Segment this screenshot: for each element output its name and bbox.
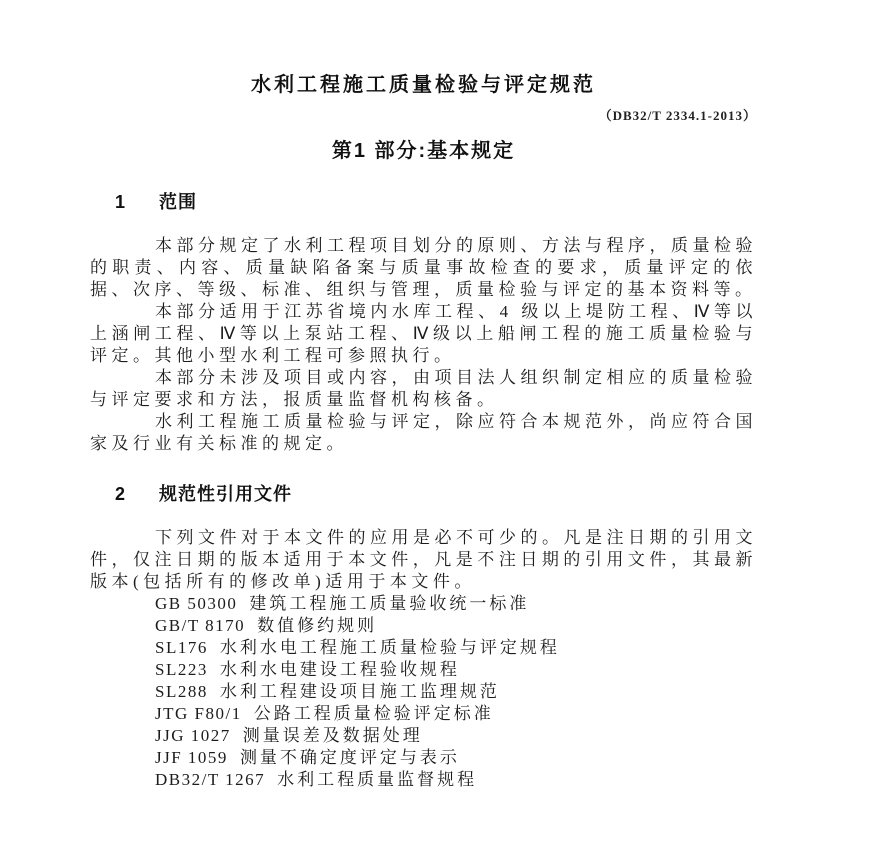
reference-item: DB32/T 1267水利工程质量监督规程 [155, 769, 757, 791]
document-title: 水利工程施工质量检验与评定规范 [90, 73, 757, 97]
scope-paragraph-3: 本部分未涉及项目或内容，由项目法人组织制定相应的质量检验与评定要求和方法，报质量… [90, 367, 757, 411]
reference-code: DB32/T 1267 [155, 769, 265, 791]
part-heading: 第1 部分:基本规定 [90, 139, 757, 163]
standard-number: （DB32/T 2334.1-2013） [90, 108, 757, 124]
reference-title: 公路工程质量检验评定标准 [254, 704, 494, 723]
reference-title: 水利工程建设项目施工监理规范 [220, 682, 500, 701]
reference-item: JTG F80/1公路工程质量检验评定标准 [155, 703, 757, 725]
reference-title: 测量不确定度评定与表示 [240, 748, 460, 767]
section-1-title: 范围 [159, 192, 197, 212]
section-scope: 1 范围 本部分规定了水利工程项目划分的原则、方法与程序，质量检验的职责、内容、… [90, 191, 757, 455]
document-page: 水利工程施工质量检验与评定规范 （DB32/T 2334.1-2013） 第1 … [0, 0, 870, 842]
section-normative-references: 2 规范性引用文件 下列文件对于本文件的应用是必不可少的。凡是注日期的引用文件，… [90, 483, 757, 791]
references-intro-paragraph: 下列文件对于本文件的应用是必不可少的。凡是注日期的引用文件，仅注日期的版本适用于… [90, 527, 757, 593]
reference-code: JJG 1027 [155, 725, 231, 747]
scope-paragraph-4: 水利工程施工质量检验与评定，除应符合本规范外，尚应符合国家及行业有关标准的规定。 [90, 411, 757, 455]
reference-code: SL223 [155, 659, 208, 681]
reference-code: SL176 [155, 637, 208, 659]
reference-item: SL176水利水电工程施工质量检验与评定规程 [155, 637, 757, 659]
reference-code: JTG F80/1 [155, 703, 242, 725]
reference-item: SL223水利水电建设工程验收规程 [155, 659, 757, 681]
reference-item: JJF 1059测量不确定度评定与表示 [155, 747, 757, 769]
reference-code: SL288 [155, 681, 208, 703]
reference-title: 水利水电建设工程验收规程 [220, 660, 460, 679]
section-2-heading: 2 规范性引用文件 [115, 483, 757, 505]
section-2-number: 2 [115, 483, 126, 505]
reference-item: GB/T 8170数值修约规则 [155, 615, 757, 637]
section-1-heading: 1 范围 [115, 191, 757, 213]
reference-title: 建筑工程施工质量验收统一标准 [249, 594, 529, 613]
reference-code: JJF 1059 [155, 747, 228, 769]
reference-title: 数值修约规则 [257, 616, 377, 635]
reference-title: 水利工程质量监督规程 [277, 770, 477, 789]
reference-title: 水利水电工程施工质量检验与评定规程 [220, 638, 560, 657]
reference-title: 测量误差及数据处理 [243, 726, 423, 745]
scope-paragraph-1: 本部分规定了水利工程项目划分的原则、方法与程序，质量检验的职责、内容、质量缺陷备… [90, 235, 757, 301]
reference-item: GB 50300建筑工程施工质量验收统一标准 [155, 593, 757, 615]
references-list: GB 50300建筑工程施工质量验收统一标准 GB/T 8170数值修约规则 S… [90, 593, 757, 791]
reference-code: GB 50300 [155, 593, 237, 615]
scope-paragraph-2: 本部分适用于江苏省境内水库工程、4 级以上堤防工程、Ⅳ等以上涵闸工程、Ⅳ等以上泵… [90, 301, 757, 367]
section-2-title: 规范性引用文件 [159, 484, 292, 504]
reference-item: JJG 1027测量误差及数据处理 [155, 725, 757, 747]
reference-item: SL288水利工程建设项目施工监理规范 [155, 681, 757, 703]
section-1-number: 1 [115, 191, 126, 213]
reference-code: GB/T 8170 [155, 615, 245, 637]
